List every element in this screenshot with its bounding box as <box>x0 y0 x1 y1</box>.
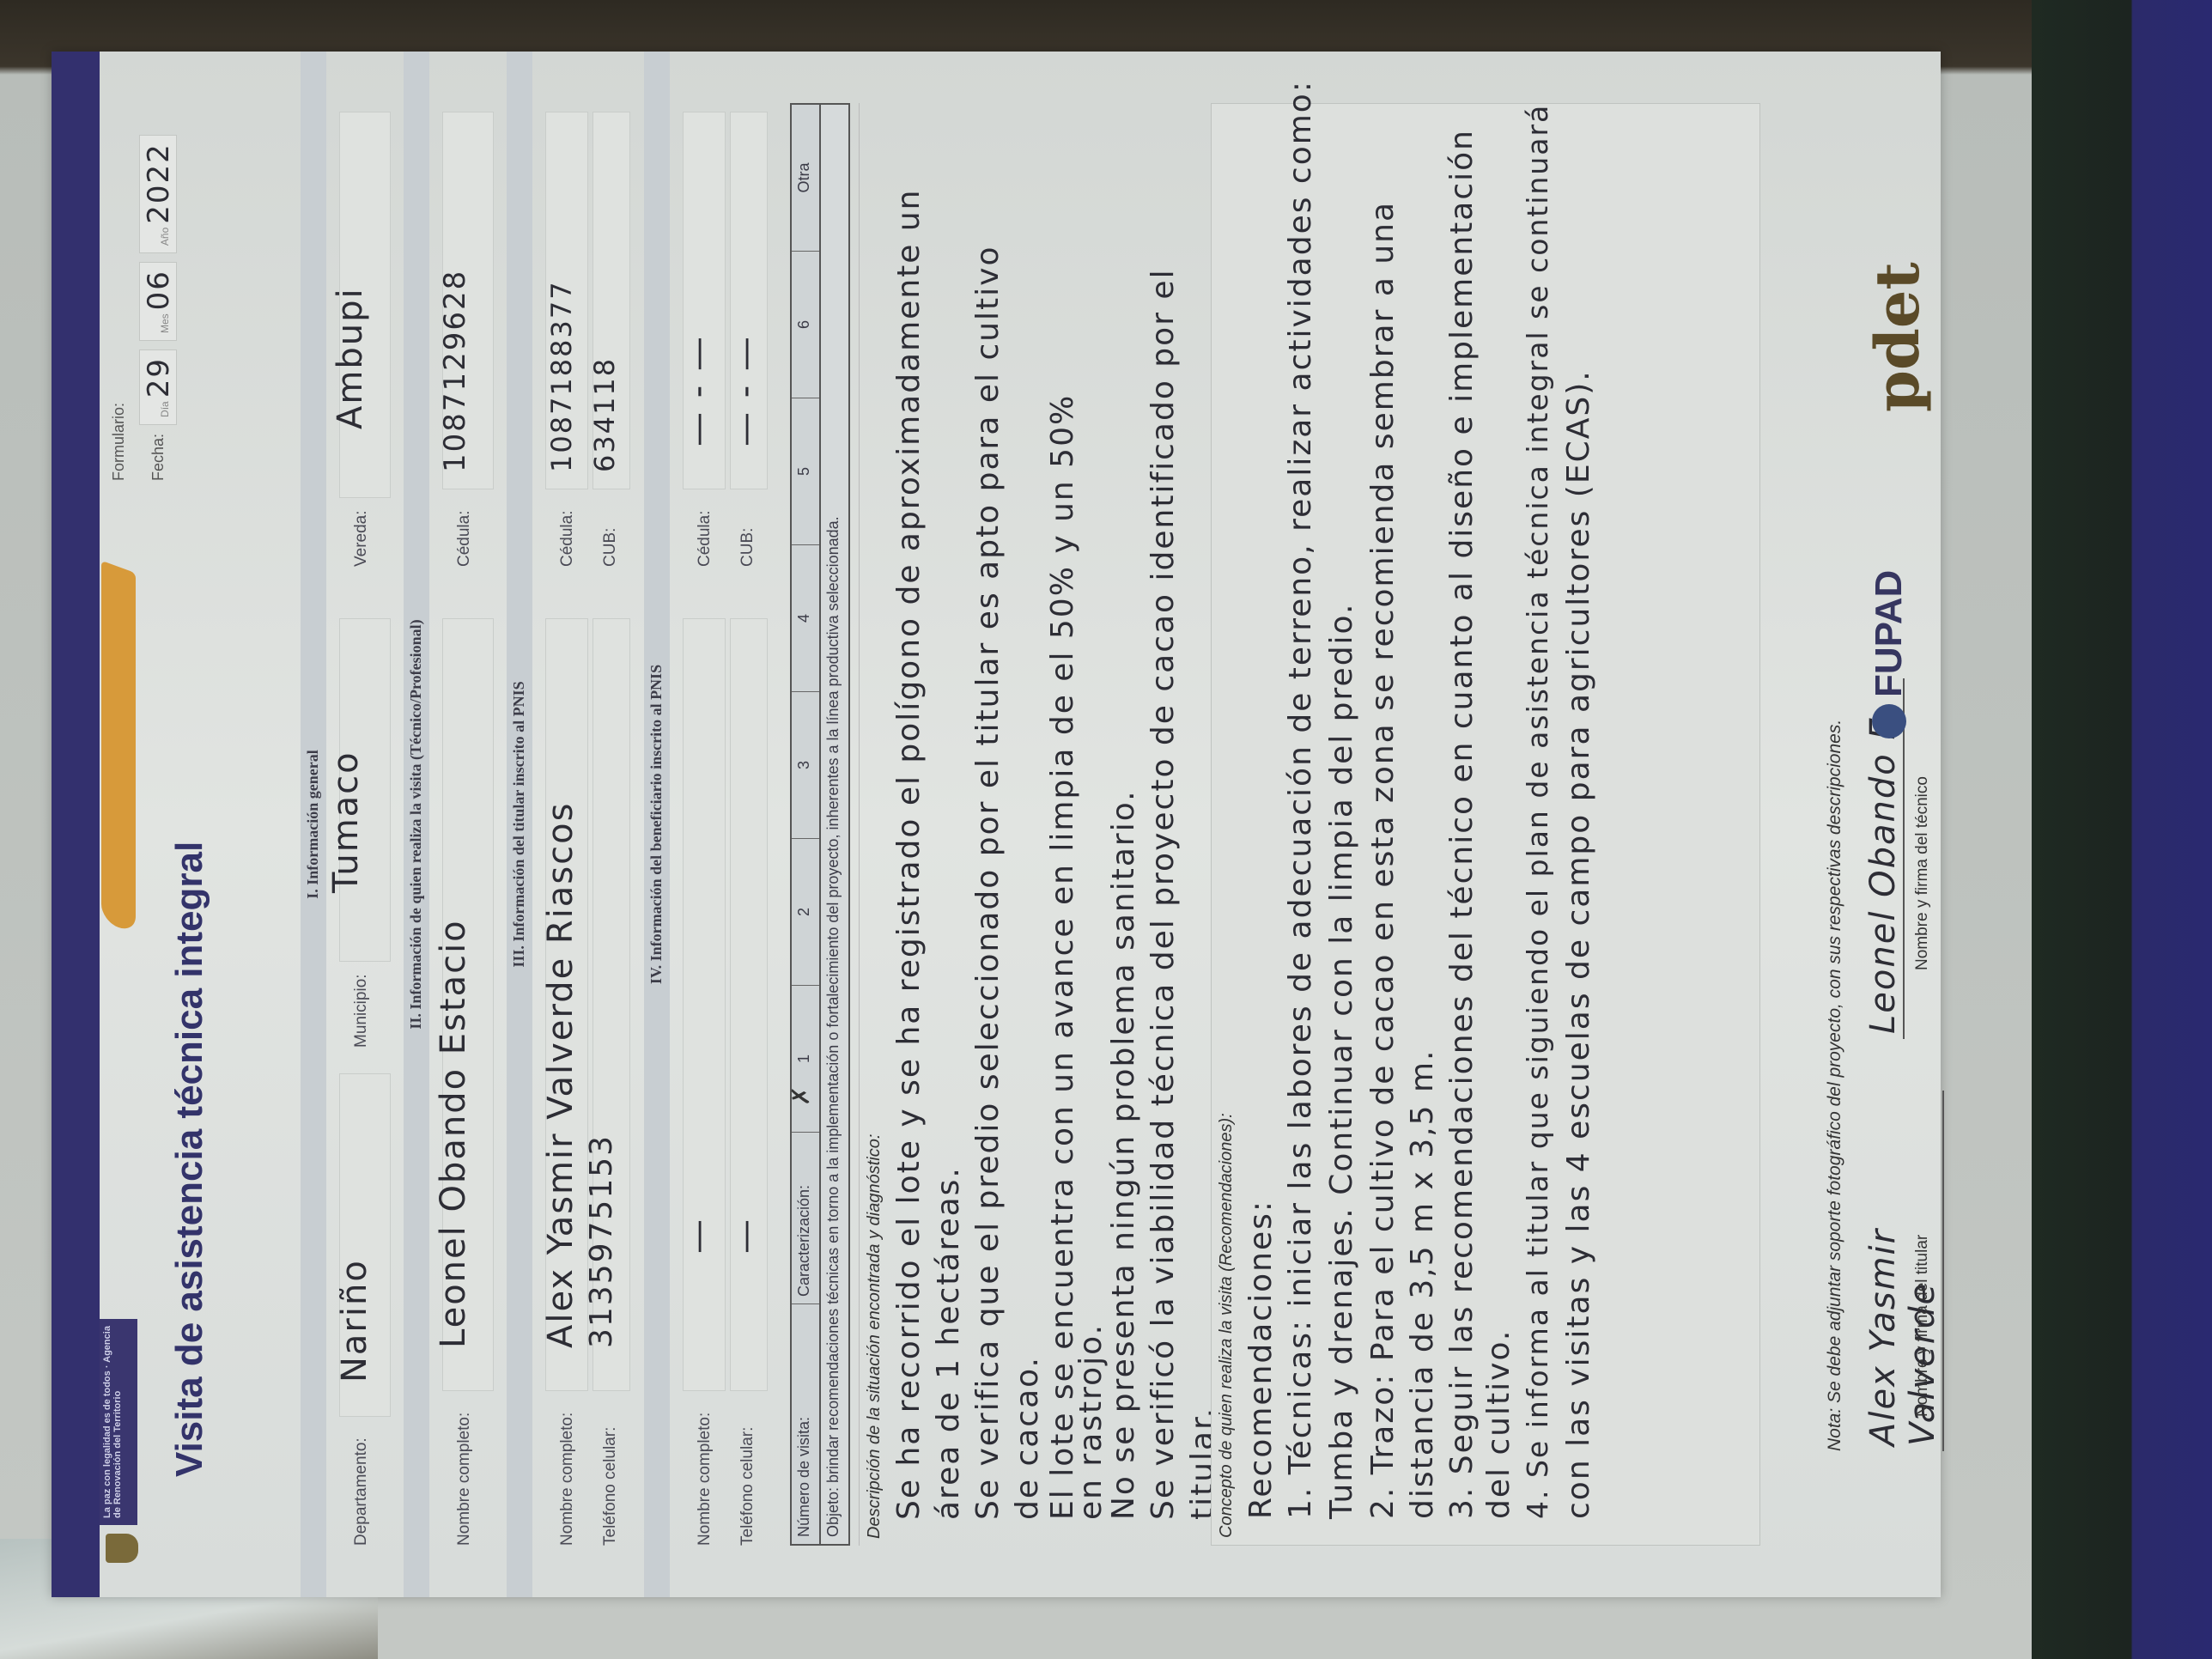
recommendation-line: 2. Trazo: Para el cultivo de cacao en es… <box>1364 104 1403 1545</box>
gov-slogan: La paz con legalidad es de todos · Agenc… <box>100 1319 137 1525</box>
visit-table: Número de visita: Caracterización: ✗ 1 2… <box>790 103 850 1546</box>
recommendation-line: Recomendaciones: <box>1242 104 1281 1545</box>
formulario-label: Formulario: <box>110 403 128 481</box>
description-line: Se verifica que el predio seleccionado p… <box>969 103 1008 1546</box>
gov-slogan-text: La paz con legalidad es de todos <box>102 1370 112 1518</box>
vereda-value: Ambupi <box>331 287 370 429</box>
visit-option-6[interactable]: 6 <box>792 251 819 398</box>
titular-cub-label: CUB: <box>601 528 620 567</box>
visit-option-4[interactable]: 4 <box>792 544 819 691</box>
recommendation-line: con las visitas y las 4 escuelas de camp… <box>1559 104 1599 1545</box>
titular-telefono-value: 3135975153 <box>584 1134 619 1348</box>
description-line: Se ha recorrido el lote y se ha registra… <box>890 103 929 1546</box>
visit-option-label: 5 <box>795 467 812 476</box>
visit-option-otra[interactable]: Otra <box>792 105 819 251</box>
visit-number-row: Número de visita: Caracterización: ✗ 1 2… <box>792 105 821 1544</box>
vereda-label: Vereda: <box>352 511 371 568</box>
visit-number-label: Número de visita: <box>792 1303 819 1544</box>
municipio-label: Municipio: <box>352 974 371 1048</box>
description-title: Descripción de la situación encontrada y… <box>860 103 890 1546</box>
visit-option-label: 2 <box>795 908 812 916</box>
departamento-label: Departamento: <box>352 1437 371 1546</box>
beneficiario-nombre-value: — <box>678 1218 718 1254</box>
titular-cedula-label: Cédula: <box>558 511 577 568</box>
titular-nombre-label: Nombre completo: <box>558 1413 577 1546</box>
tecnico-cedula-value: 1087129628 <box>438 270 472 472</box>
recommendation-line: Tumba y drenajes. Continuar con la limpi… <box>1321 104 1364 1545</box>
fupad-logo-text: FUPAD <box>1868 570 1911 697</box>
year-label: Año <box>159 228 171 246</box>
beneficiario-cedula-value: — - — <box>678 335 718 447</box>
year-field[interactable]: Año 2022 <box>139 135 177 253</box>
beneficiario-telefono-label: Teléfono celular: <box>738 1427 757 1546</box>
year-value: 2022 <box>142 143 176 224</box>
titular-telefono-label: Teléfono celular: <box>601 1427 620 1546</box>
check-mark-icon: ✗ <box>787 1086 815 1106</box>
beneficiario-cedula-label: Cédula: <box>696 511 714 568</box>
recommendation-line: 3. Seguir las recomendaciones del técnic… <box>1443 104 1482 1545</box>
recommendation-line: distancia de 3,5 m x 3,5 m. <box>1403 104 1443 1545</box>
visit-option-5[interactable]: 5 <box>792 398 819 544</box>
month-field[interactable]: Mes 06 <box>139 262 177 341</box>
departamento-value: Nariño <box>335 1259 374 1382</box>
photo-note: Nota: Se debe adjuntar soporte fotográfi… <box>1825 720 1845 1451</box>
description-line: en rastrojo. <box>1079 103 1104 1546</box>
beneficiario-cub-value: — - — <box>726 335 765 447</box>
beneficiario-nombre-field[interactable] <box>683 618 726 1391</box>
fupad-logo: FUPAD <box>1868 570 1911 738</box>
description-section[interactable]: Descripción de la situación encontrada y… <box>859 103 1219 1546</box>
globe-icon <box>1872 704 1906 738</box>
tecnico-nombre-value: Leonel Obando Estacio <box>434 919 473 1348</box>
recommendation-line: 1. Técnicas: iniciar las labores de adec… <box>1281 104 1321 1545</box>
form-header: La paz con legalidad es de todos · Agenc… <box>100 52 297 1597</box>
section-tecnico-title: II. Información de quien realiza la visi… <box>407 52 425 1597</box>
day-field[interactable]: Día 29 <box>139 349 177 425</box>
titular-cedula-value: 1087188377 <box>545 280 578 472</box>
caracterizacion-label: Caracterización: <box>792 1132 819 1303</box>
visit-option-label: 1 <box>795 1054 812 1063</box>
tecnico-nombre-label: Nombre completo: <box>455 1413 474 1546</box>
visit-option-label: Otra <box>795 163 812 193</box>
description-line: Se verificó la viabilidad técnica del pr… <box>1144 103 1183 1546</box>
fecha-label: Fecha: <box>149 434 167 481</box>
art-logo <box>101 561 136 934</box>
visit-option-1[interactable]: ✗ 1 <box>792 985 819 1132</box>
recommendation-line: 4. Se informa al titular que siguiendo e… <box>1516 104 1559 1545</box>
beneficiario-telefono-value: — <box>726 1218 765 1254</box>
form-page: La paz con legalidad es de todos · Agenc… <box>52 52 1941 1597</box>
month-label: Mes <box>159 313 171 333</box>
pdet-logo: pdet <box>1862 262 1933 412</box>
municipio-value: Tumaco <box>326 750 366 893</box>
visit-option-2[interactable]: 2 <box>792 838 819 985</box>
month-value: 06 <box>142 270 176 310</box>
visit-option-label: 4 <box>795 614 812 623</box>
tecnico-signature-label: Nombre y firma del técnico <box>1913 776 1932 970</box>
dark-surface <box>2032 0 2212 1659</box>
visit-option-label: 6 <box>795 320 812 329</box>
section-beneficiario-title: IV. Información del beneficiario inscrit… <box>647 52 665 1597</box>
day-value: 29 <box>142 357 176 398</box>
section-general-title: I. Información general <box>304 52 322 1597</box>
recommendations-section[interactable]: Concepto de quien realiza la visita (Rec… <box>1211 103 1760 1546</box>
recommendation-line: del cultivo. <box>1482 104 1516 1545</box>
day-label: Día <box>159 401 171 417</box>
description-line: área de 1 hectáreas. <box>929 103 969 1546</box>
objeto-row: Objeto: brindar recomendaciones técnicas… <box>821 105 848 1544</box>
coat-of-arms-icon <box>106 1534 138 1563</box>
description-line: de cacao. <box>1008 103 1048 1546</box>
description-line: No se presenta ningún problema sanitario… <box>1104 103 1144 1546</box>
titular-cub-value: 634118 <box>588 357 621 472</box>
form-page-rotated: La paz con legalidad es de todos · Agenc… <box>52 52 1941 1597</box>
section-titular-title: III. Información del titular inscrito al… <box>510 52 528 1597</box>
visit-option-3[interactable]: 3 <box>792 691 819 838</box>
beneficiario-nombre-label: Nombre completo: <box>696 1413 714 1546</box>
beneficiario-telefono-field[interactable] <box>730 618 768 1391</box>
titular-signature-label: Nombre y firma del titular <box>1913 1235 1932 1417</box>
beneficiario-cub-label: CUB: <box>738 528 757 567</box>
form-title: Visita de asistencia técnica integral <box>168 842 211 1477</box>
date-row: Fecha: Día 29 Mes 06 Año 2022 <box>139 135 177 481</box>
recommendations-title: Concepto de quien realiza la visita (Rec… <box>1212 104 1242 1545</box>
tecnico-cedula-label: Cédula: <box>455 511 474 568</box>
titular-nombre-value: Alex Yasmir Valverde Riascos <box>541 802 580 1348</box>
top-color-band <box>52 52 100 1597</box>
visit-option-label: 3 <box>795 761 812 769</box>
